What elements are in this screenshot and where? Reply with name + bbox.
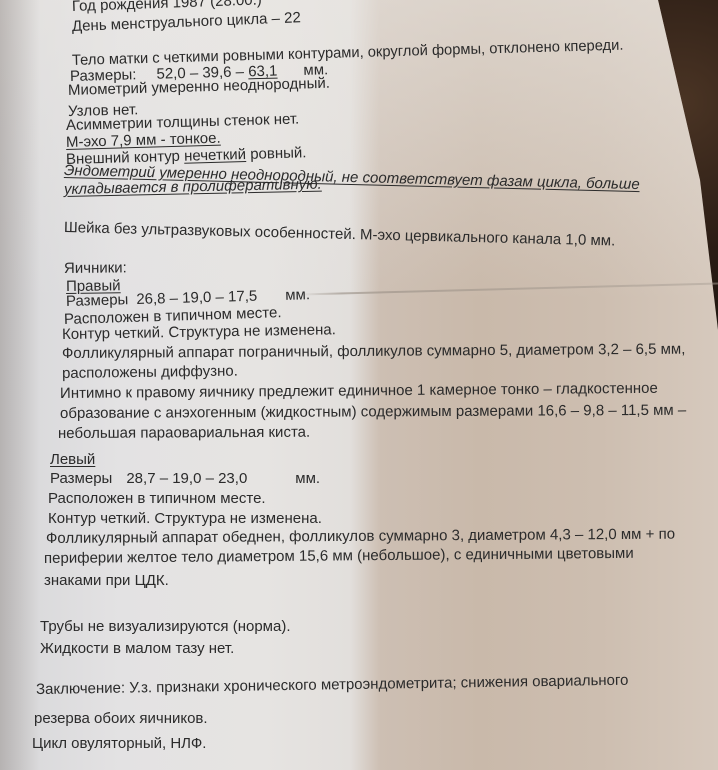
left-size-label: Размеры bbox=[50, 470, 112, 487]
left-size-unit: мм. bbox=[295, 470, 320, 487]
tubes: Трубы не визуализируются (норма). bbox=[40, 618, 290, 635]
right-size-label: Размеры bbox=[66, 291, 129, 310]
free-fluid: Жидкости в малом тазу нет. bbox=[40, 640, 234, 657]
paper-shadow bbox=[0, 0, 40, 770]
right-ovary-follicles-2: расположены диффузно. bbox=[62, 363, 238, 382]
ovaries-heading: Яичники: bbox=[64, 259, 127, 277]
left-ovary-location: Расположен в типичном месте. bbox=[48, 490, 266, 507]
paraovarian-cyst-3: небольшая параовариальная киста. bbox=[58, 424, 310, 442]
left-size-values: 28,7 – 19,0 – 23,0 bbox=[126, 470, 247, 487]
right-size-unit: мм. bbox=[285, 286, 310, 304]
conclusion-line-3: Цикл овуляторный, НЛФ. bbox=[32, 735, 206, 752]
left-ovary-follicles-3: знаками при ЦДК. bbox=[44, 572, 169, 589]
left-ovary-contour: Контур четкий. Структура не изменена. bbox=[48, 510, 322, 527]
outer-contour-suffix: ровный. bbox=[246, 144, 307, 163]
left-ovary-size: Размеры28,7 – 19,0 – 23,0мм. bbox=[50, 470, 320, 487]
conclusion-line-2: резерва обоих яичников. bbox=[34, 710, 208, 727]
outer-contour-highlight: нечеткий bbox=[184, 146, 246, 165]
paraovarian-cyst-2: образование с анэхогенным (жидкостным) с… bbox=[60, 402, 686, 422]
left-ovary-label: Левый bbox=[50, 451, 95, 468]
